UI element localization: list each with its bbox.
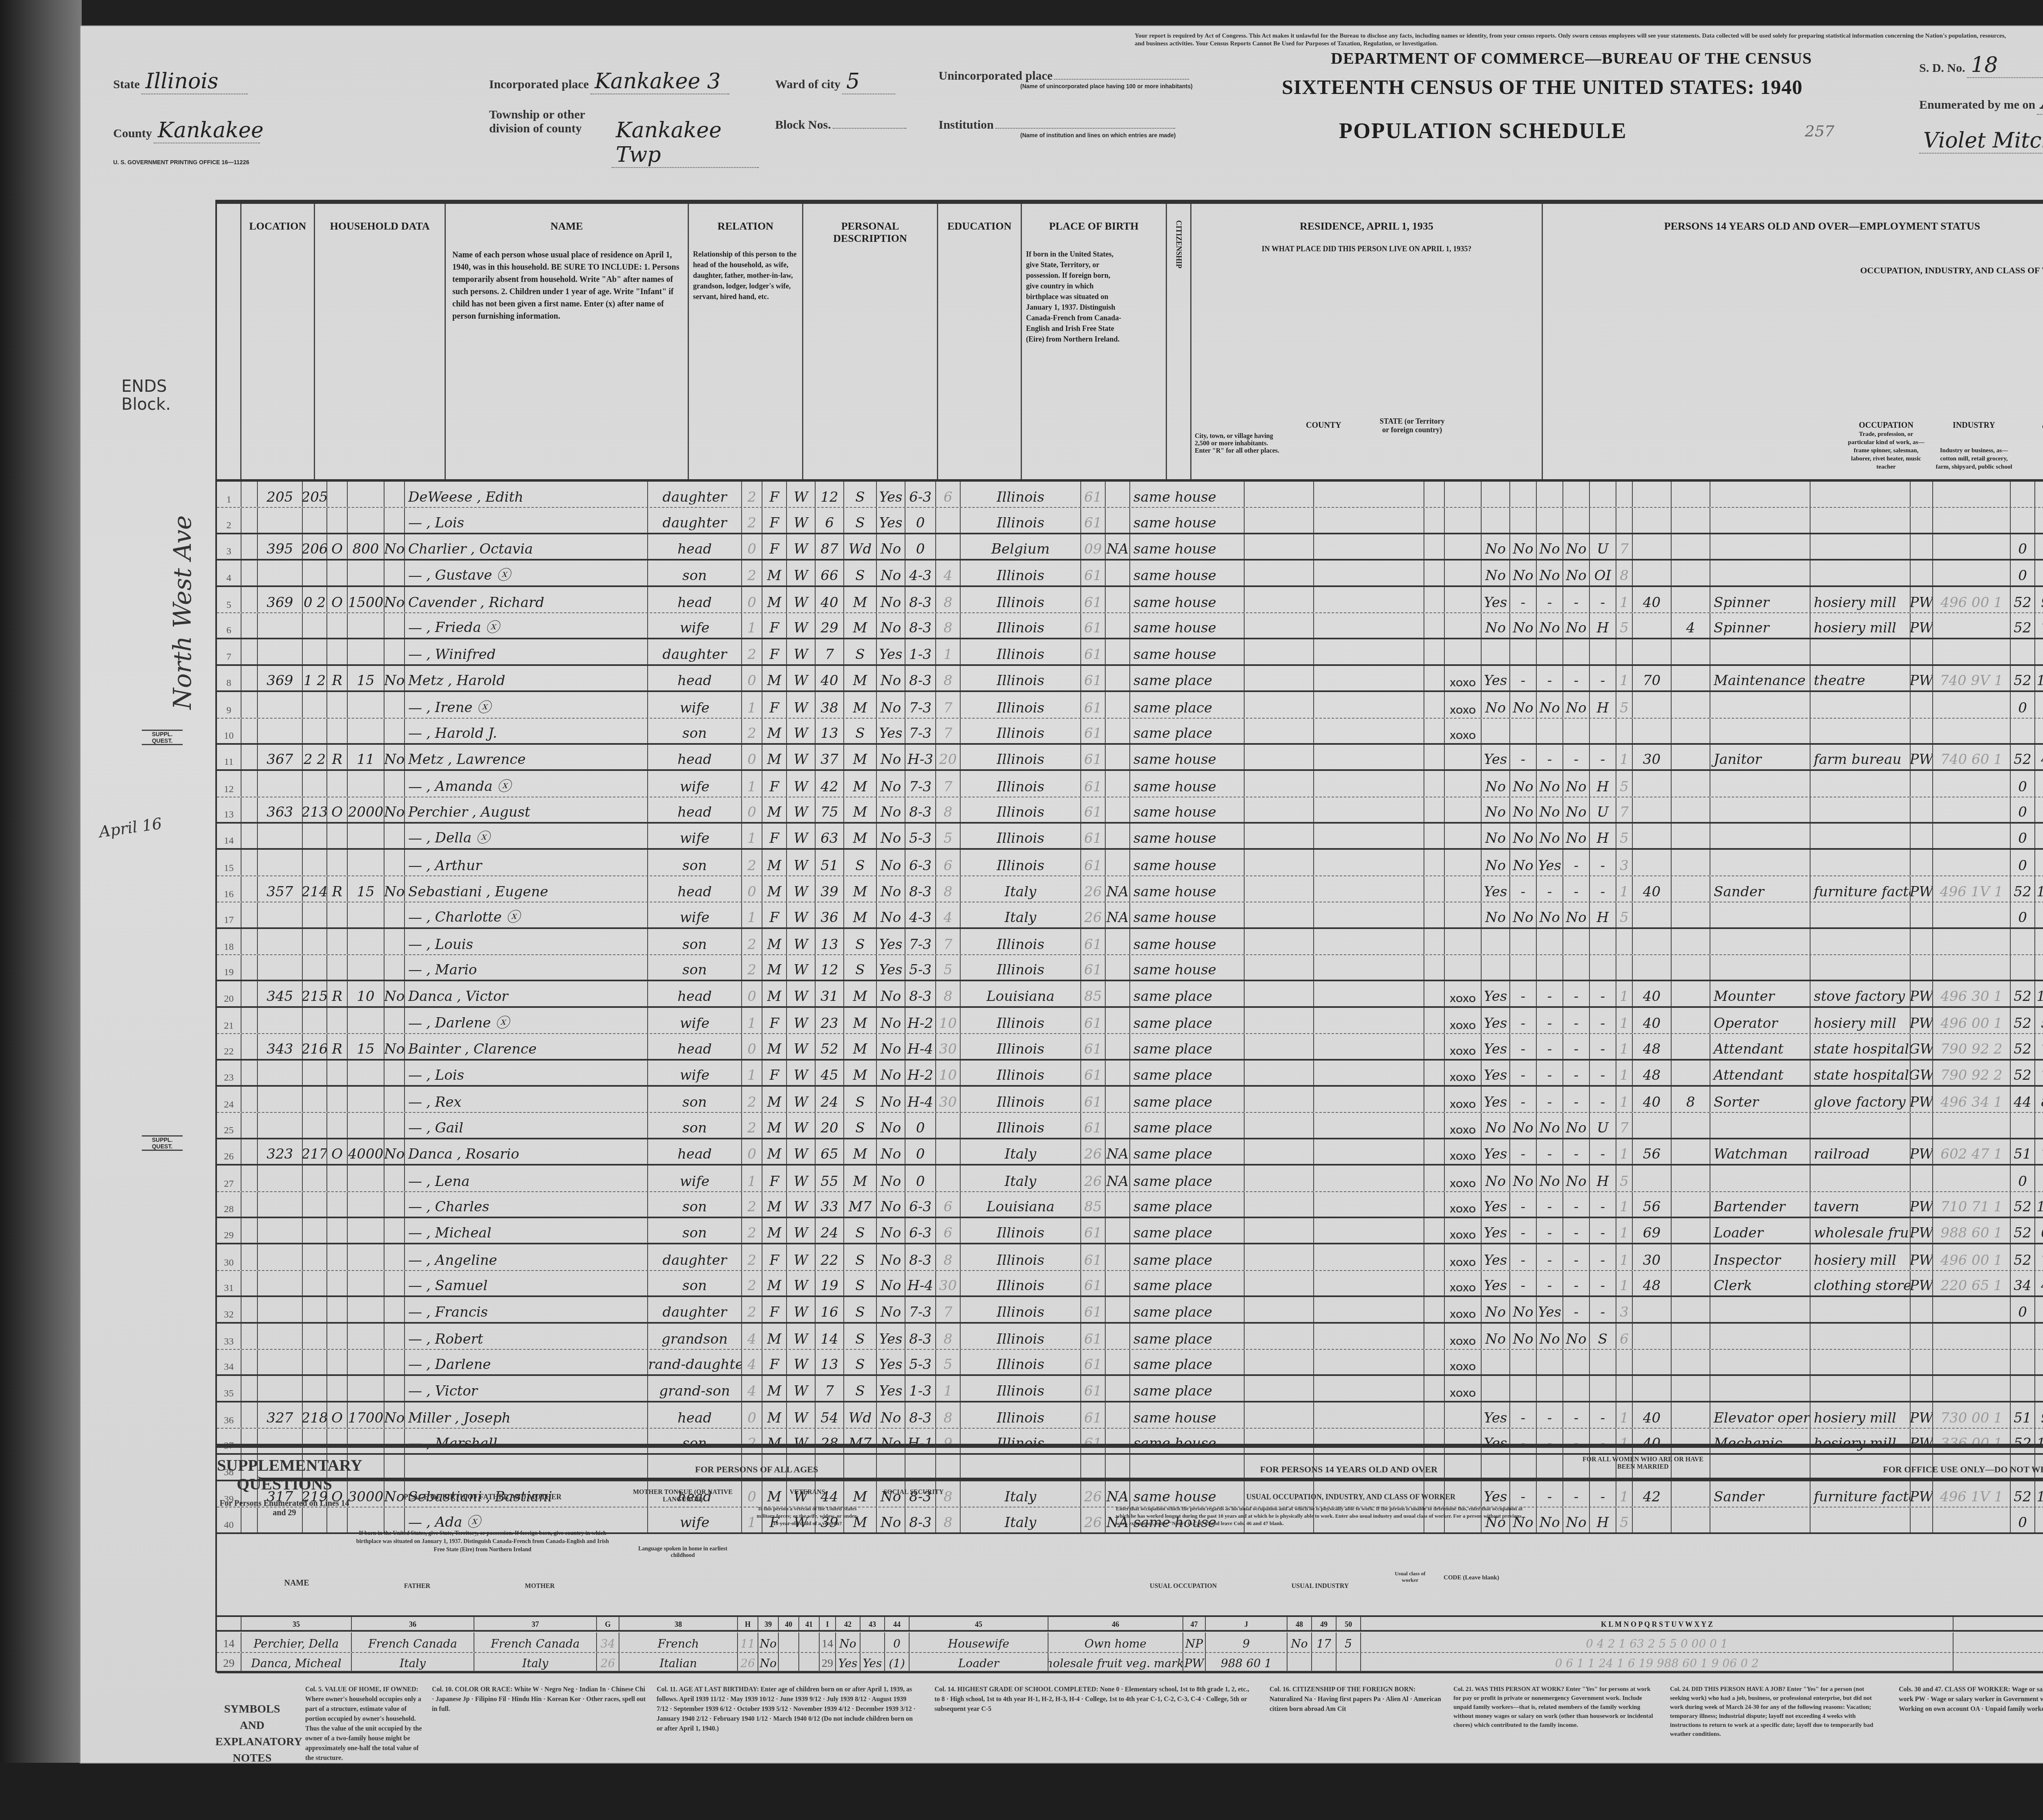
cell-blank	[241, 745, 258, 769]
supp-cell-code-h: 26	[738, 1653, 758, 1672]
cell-school: Yes	[877, 719, 905, 743]
cell-code-c: 61	[1081, 1087, 1106, 1112]
cell-value	[348, 1008, 384, 1033]
cell-house	[258, 1244, 303, 1270]
cell-hours	[1633, 850, 1672, 875]
cell-code-f: 740 9V 1	[1933, 666, 2011, 690]
cell-blank	[241, 1271, 258, 1295]
cell-industry	[1811, 639, 1911, 664]
cell-grade: 1-3	[905, 1376, 936, 1400]
cell-sex: M	[762, 1139, 787, 1164]
cell-hours	[1633, 824, 1672, 848]
cell-marital: M	[844, 745, 877, 769]
cell-sex: M	[762, 666, 787, 690]
cell-c24	[1563, 955, 1590, 980]
notes-title: SYMBOLS AND EXPLANATORY NOTES	[215, 1701, 289, 1766]
cell-own	[327, 1297, 348, 1322]
cell-blank	[1424, 1218, 1445, 1243]
cell-name: —, Robert	[405, 1324, 648, 1349]
cell-code-a: 2	[742, 1244, 762, 1270]
cell-code-b: 6	[936, 1192, 961, 1217]
cell-age: 45	[816, 1061, 844, 1085]
cell-marital: S	[844, 1244, 877, 1270]
cell-code-f	[1933, 955, 2011, 980]
cell-c25: -	[1590, 1271, 1616, 1295]
cell-school: No	[877, 1139, 905, 1164]
table-body: 1205205DeWeese, Edithdaughter2FW12SYes6-…	[217, 482, 2043, 1534]
cell-school: No	[877, 1218, 905, 1243]
cell-citizen	[1106, 797, 1130, 822]
given-name: , Frieda ⓧ	[426, 616, 499, 636]
cell-name: —, Darlene	[405, 1350, 648, 1374]
cell-blank	[1424, 639, 1445, 664]
cell-c24: No	[1563, 561, 1590, 585]
cell-industry: hosiery mill	[1811, 587, 1911, 612]
cell-code-c: 61	[1081, 824, 1106, 848]
cell-code-a: 1	[742, 1008, 762, 1033]
cell-c22: No	[1510, 692, 1537, 717]
cell-grade: 7-3	[905, 929, 936, 954]
cell-code-b: 7	[936, 1297, 961, 1322]
cell-blank	[1314, 1402, 1424, 1428]
cell-blank	[1245, 1192, 1314, 1217]
cell-blank	[1424, 508, 1445, 532]
cell-value	[348, 639, 384, 664]
supp-cell-c42: No	[836, 1632, 861, 1652]
cell-blank	[1424, 613, 1445, 638]
cell-code-a: 0	[742, 1402, 762, 1428]
cell-blank	[241, 508, 258, 532]
col-group-relation: RELATIONRelationship of this person to t…	[689, 204, 803, 479]
cell-weeks-unemp	[1672, 1297, 1710, 1322]
cell-c23: -	[1537, 1008, 1563, 1033]
cell-c23: No	[1537, 692, 1563, 717]
cell-school: No	[877, 797, 905, 822]
cell-industry: farm bureau	[1811, 745, 1911, 769]
cell-industry	[1811, 1350, 1911, 1374]
cell-blank	[1245, 955, 1314, 980]
cell-race: W	[787, 797, 816, 822]
note-col14: Col. 14. HIGHEST GRADE OF SCHOOL COMPLET…	[934, 1685, 1253, 1714]
cell-wages: 0	[2035, 771, 2043, 796]
cell-wages: 0	[2035, 534, 2043, 559]
col-group-personal: PERSONAL DESCRIPTION	[803, 204, 938, 479]
cell-c23	[1537, 719, 1563, 743]
given-name: , Gail	[426, 1120, 463, 1136]
cell-name: —, Mario	[405, 955, 648, 980]
cell-c22: -	[1510, 745, 1537, 769]
cell-c25: U	[1590, 797, 1616, 822]
cell-occupation	[1710, 902, 1811, 927]
given-name: , Samuel	[426, 1277, 487, 1294]
cell-weeks-worked	[2011, 1350, 2035, 1374]
cell-value	[348, 692, 384, 717]
cell-house: 345	[258, 981, 303, 1006]
given-name: , Louis	[426, 936, 473, 953]
cell-blank	[1245, 1271, 1314, 1295]
cell-value	[348, 1244, 384, 1270]
cell-hours: 30	[1633, 745, 1672, 769]
cell-code-c: 26	[1081, 876, 1106, 902]
cell-weeks-unemp	[1672, 666, 1710, 690]
cell-res1935: same place	[1130, 1271, 1245, 1295]
cell-code-b: 6	[936, 850, 961, 875]
cell-blank	[1424, 1402, 1445, 1428]
cell-marital: M	[844, 876, 877, 902]
cell-own	[327, 613, 348, 638]
cell-code-b	[936, 534, 961, 559]
cell-blank	[1245, 1061, 1314, 1085]
cell-weeks-unemp	[1672, 1034, 1710, 1059]
cell-blank	[241, 1350, 258, 1374]
cell-grade: 1-3	[905, 639, 936, 664]
cell-res1935: same place	[1130, 1139, 1245, 1164]
cell-sex: M	[762, 1192, 787, 1217]
cell-blank	[1314, 639, 1424, 664]
supp-rows: 14Perchier, DellaFrench CanadaFrench Can…	[217, 1632, 2043, 1673]
cell-c23	[1537, 955, 1563, 980]
cell-d	[1445, 771, 1482, 796]
cell-own: O	[327, 1402, 348, 1428]
cell-class	[1911, 534, 1933, 559]
cell-name: —, Lois	[405, 1061, 648, 1085]
cell-blank	[241, 1139, 258, 1164]
cell-own	[327, 929, 348, 954]
cell-blank	[1245, 797, 1314, 822]
cell-code-f	[1933, 1324, 2011, 1349]
cell-birthplace: Illinois	[961, 1113, 1081, 1137]
cell-value: 15	[348, 1034, 384, 1059]
cell-industry	[1811, 692, 1911, 717]
given-name: , Irene ⓧ	[426, 696, 491, 716]
cell-sex: F	[762, 902, 787, 927]
cell-blank	[1314, 1008, 1424, 1033]
cell-blank	[1245, 1087, 1314, 1112]
cell-d	[1445, 482, 1482, 507]
cell-name: —, Harold J.	[405, 719, 648, 743]
cell-code-c: 26	[1081, 902, 1106, 927]
cell-c21	[1482, 508, 1510, 532]
cell-c22: -	[1510, 1008, 1537, 1033]
cell-marital: M	[844, 824, 877, 848]
cell-farm	[384, 929, 405, 954]
cell-wages: 728	[2035, 1244, 2043, 1270]
cell-wages: 1040	[2035, 1192, 2043, 1217]
cell-class: GW	[1911, 1061, 1933, 1085]
cell-class: PW	[1911, 1087, 1933, 1112]
cell-blank	[1314, 1376, 1424, 1400]
cell-birthplace: Illinois	[961, 1350, 1081, 1374]
cell-wages: 0	[2035, 1297, 2043, 1322]
cell-class: PW	[1911, 666, 1933, 690]
cell-hh	[303, 771, 327, 796]
cell-code-f: 988 60 1	[1933, 1218, 2011, 1243]
cell-sex: M	[762, 797, 787, 822]
schedule-title: POPULATION SCHEDULE	[1339, 118, 1627, 143]
surname: —	[408, 1199, 422, 1215]
cell-hh: 212 209	[303, 745, 327, 769]
cell-e: 5	[1616, 692, 1633, 717]
department-title: DEPARTMENT OF COMMERCE—BUREAU OF THE CEN…	[1331, 49, 1812, 68]
cell-blank	[1245, 508, 1314, 532]
cell-c24: -	[1563, 587, 1590, 612]
cell-birthplace: Illinois	[961, 797, 1081, 822]
cell-citizen	[1106, 692, 1130, 717]
col-group-birthplace: PLACE OF BIRTHIf born in the United Stat…	[1022, 204, 1167, 479]
cell-class	[1911, 692, 1933, 717]
cell-occupation	[1710, 824, 1811, 848]
cell-blank	[1245, 981, 1314, 1006]
cell-weeks-unemp	[1672, 508, 1710, 532]
cell-weeks-worked: 0	[2011, 850, 2035, 875]
cell-weeks-unemp	[1672, 1324, 1710, 1349]
cell-school: Yes	[877, 1376, 905, 1400]
cell-occupation	[1710, 1350, 1811, 1374]
cell-own	[327, 850, 348, 875]
cell-race: W	[787, 955, 816, 980]
cell-blank	[1314, 482, 1424, 507]
cell-c22: -	[1510, 876, 1537, 902]
cell-code-f	[1933, 1113, 2011, 1137]
cell-hh	[303, 955, 327, 980]
cell-relation: head	[648, 587, 742, 612]
cell-d: XOXO	[1445, 1113, 1482, 1137]
cell-code-a: 4	[742, 1350, 762, 1374]
supp-col-number: K L M N O P Q R S T U V W X Y Z	[1361, 1617, 1954, 1630]
cell-value: 10	[348, 981, 384, 1006]
cell-farm	[384, 1350, 405, 1374]
cell-c25: U	[1590, 534, 1616, 559]
printing-office: U. S. GOVERNMENT PRINTING OFFICE 16—1122…	[113, 159, 249, 165]
cell-birthplace: Louisiana	[961, 981, 1081, 1006]
cell-code-b: 5	[936, 955, 961, 980]
cell-citizen	[1106, 1218, 1130, 1243]
cell-wages: 416	[2035, 745, 2043, 769]
cell-d: XOXO	[1445, 1087, 1482, 1112]
supp-col-number: G	[597, 1617, 619, 1630]
cell-code-a: 0	[742, 981, 762, 1006]
cell-blank	[241, 613, 258, 638]
cell-blank	[1424, 1192, 1445, 1217]
supp-cell-c40	[779, 1632, 799, 1652]
cell-hh: 210 207	[303, 587, 327, 612]
cell-c25: H	[1590, 824, 1616, 848]
cell-hours	[1633, 508, 1672, 532]
cell-school: No	[877, 692, 905, 717]
cell-hh: 205	[303, 482, 327, 507]
cell-c23: -	[1537, 981, 1563, 1006]
cell-wages: 960	[2035, 587, 2043, 612]
cell-age: 19	[816, 1271, 844, 1295]
cell-age: 14	[816, 1324, 844, 1349]
given-name: , Eugene	[486, 884, 548, 900]
cell-blank	[1245, 613, 1314, 638]
cell-blank	[1424, 1139, 1445, 1164]
cell-weeks-unemp	[1672, 639, 1710, 664]
cell-hours: 48	[1633, 1061, 1672, 1085]
cell-class: PW	[1911, 745, 1933, 769]
cell-code-f: 602 47 1	[1933, 1139, 2011, 1164]
cell-blank	[241, 876, 258, 902]
cell-weeks-unemp	[1672, 482, 1710, 507]
cell-farm	[384, 482, 405, 507]
given-name: , August	[472, 804, 530, 820]
cell-own	[327, 692, 348, 717]
cell-d	[1445, 876, 1482, 902]
cell-class: PW	[1911, 876, 1933, 902]
cell-value	[348, 1061, 384, 1085]
cell-race: W	[787, 692, 816, 717]
cell-sex: M	[762, 745, 787, 769]
cell-res1935: same place	[1130, 981, 1245, 1006]
cell-weeks-worked	[2011, 508, 2035, 532]
cell-relation: son	[648, 955, 742, 980]
township-value: Kankakee Twp	[612, 118, 759, 168]
given-name: , Charles	[426, 1199, 490, 1215]
cell-hh	[303, 1113, 327, 1137]
cell-d	[1445, 561, 1482, 585]
cell-weeks-unemp	[1672, 824, 1710, 848]
cell-class: PW	[1911, 1008, 1933, 1033]
cell-blank	[1245, 692, 1314, 717]
cell-c24: No	[1563, 1166, 1590, 1191]
cell-grade: 7-3	[905, 719, 936, 743]
supp-cell-c49	[1312, 1653, 1337, 1672]
cell-class	[1911, 719, 1933, 743]
cell-citizen	[1106, 1297, 1130, 1322]
cell-e: 1	[1616, 1192, 1633, 1217]
cell-race: W	[787, 1402, 816, 1428]
cell-weeks-worked	[2011, 639, 2035, 664]
cell-own	[327, 1324, 348, 1349]
cell-own: R	[327, 666, 348, 690]
note-col30: Cols. 30 and 47. CLASS OF WORKER: Wage o…	[1899, 1685, 2043, 1714]
cell-blank	[1245, 745, 1314, 769]
cell-blank	[1245, 482, 1314, 507]
cell-name: Danca, Victor	[405, 981, 648, 1006]
cell-code-c: 61	[1081, 613, 1106, 638]
cell-grade: 8-3	[905, 666, 936, 690]
cell-wages: 0	[2035, 692, 2043, 717]
cell-hh	[303, 1271, 327, 1295]
cell-weeks-unemp	[1672, 1139, 1710, 1164]
cell-c23: -	[1537, 1034, 1563, 1059]
cell-occupation: Spinner	[1710, 587, 1811, 612]
cell-race: W	[787, 1113, 816, 1137]
cell-sex: M	[762, 850, 787, 875]
cell-code-a: 2	[742, 719, 762, 743]
table-row: 12—, Amanda ⓧwife1FW42MNo7-37Illinois61s…	[217, 771, 2043, 797]
cell-code-c: 61	[1081, 771, 1106, 796]
cell-relation: son	[648, 1271, 742, 1295]
cell-blank	[1245, 876, 1314, 902]
cell-c23: No	[1537, 771, 1563, 796]
cell-line: 23	[217, 1061, 241, 1085]
cell-blank	[241, 1166, 258, 1191]
cell-c24: -	[1563, 1271, 1590, 1295]
cell-value	[348, 1113, 384, 1137]
cell-code-f	[1933, 902, 2011, 927]
given-name: , Micheal	[426, 1225, 492, 1241]
table-row: 5369210 207O1500NoCavender, Richardhead0…	[217, 587, 2043, 613]
cell-industry	[1811, 850, 1911, 875]
cell-code-f	[1933, 1376, 2011, 1400]
cell-wages: 460	[2035, 1271, 2043, 1295]
cell-code-c: 61	[1081, 1113, 1106, 1137]
cell-hh: 218	[303, 1402, 327, 1428]
cell-class	[1911, 1166, 1933, 1191]
cell-weeks-unemp	[1672, 797, 1710, 822]
cell-c25: H	[1590, 902, 1616, 927]
state-value: Illinois	[141, 69, 248, 94]
cell-d	[1445, 508, 1482, 532]
cell-farm	[384, 1271, 405, 1295]
cell-grade: 0	[905, 1166, 936, 1191]
cell-name: —, Lois	[405, 508, 648, 532]
cell-weeks-unemp	[1672, 745, 1710, 769]
cell-line: 32	[217, 1297, 241, 1322]
cell-class	[1911, 508, 1933, 532]
cell-age: 87	[816, 534, 844, 559]
cell-class: PW	[1911, 1218, 1933, 1243]
cell-wages: 765	[2035, 1139, 2043, 1164]
cell-c25: H	[1590, 771, 1616, 796]
cell-age: 7	[816, 1376, 844, 1400]
given-name: , Robert	[426, 1331, 483, 1347]
cell-d: XOXO	[1445, 719, 1482, 743]
cell-c24: -	[1563, 1139, 1590, 1164]
cell-blank	[1245, 929, 1314, 954]
cell-grade: 8-3	[905, 1244, 936, 1270]
cell-blank	[241, 929, 258, 954]
cell-blank	[1245, 1350, 1314, 1374]
cell-class	[1911, 639, 1933, 664]
given-name: , Edith	[476, 489, 523, 505]
supp-cell-c41	[799, 1653, 820, 1672]
cell-race: W	[787, 666, 816, 690]
cell-age: 13	[816, 1350, 844, 1374]
cell-citizen: NA	[1106, 534, 1130, 559]
cell-industry	[1811, 955, 1911, 980]
cell-hours: 70	[1633, 666, 1672, 690]
note-col10: Col. 10. COLOR OR RACE: White W · Negro …	[432, 1685, 648, 1714]
cell-wages: 880	[2035, 1087, 2043, 1112]
cell-code-a: 1	[742, 824, 762, 848]
supp-cell-office: 0 4 2 1 63 2 5 5 0 00 0 1	[1361, 1632, 1954, 1652]
cell-relation: head	[648, 1139, 742, 1164]
note-col11: Col. 11. AGE AT LAST BIRTHDAY: Enter age…	[657, 1685, 918, 1734]
cell-age: 37	[816, 745, 844, 769]
cell-industry	[1811, 1324, 1911, 1349]
cell-code-c: 61	[1081, 1271, 1106, 1295]
cell-value	[348, 929, 384, 954]
cell-c24: No	[1563, 534, 1590, 559]
cell-industry	[1811, 719, 1911, 743]
cell-class	[1911, 902, 1933, 927]
cell-value	[348, 1376, 384, 1400]
cell-occupation	[1710, 850, 1811, 875]
margin-april-16: April 16	[98, 814, 163, 841]
table-row: 29—, Michealson2MW24SNo6-36Illinois61sam…	[217, 1218, 2043, 1244]
cell-age: 6	[816, 508, 844, 532]
cell-line: 35	[217, 1376, 241, 1400]
cell-name: —, Angeline	[405, 1244, 648, 1270]
table-row: 23—, Loiswife1FW45MNoH-210Illinois61same…	[217, 1061, 2043, 1087]
cell-c22: -	[1510, 1271, 1537, 1295]
cell-hours	[1633, 639, 1672, 664]
cell-sex: M	[762, 1113, 787, 1137]
cell-value	[348, 1271, 384, 1295]
